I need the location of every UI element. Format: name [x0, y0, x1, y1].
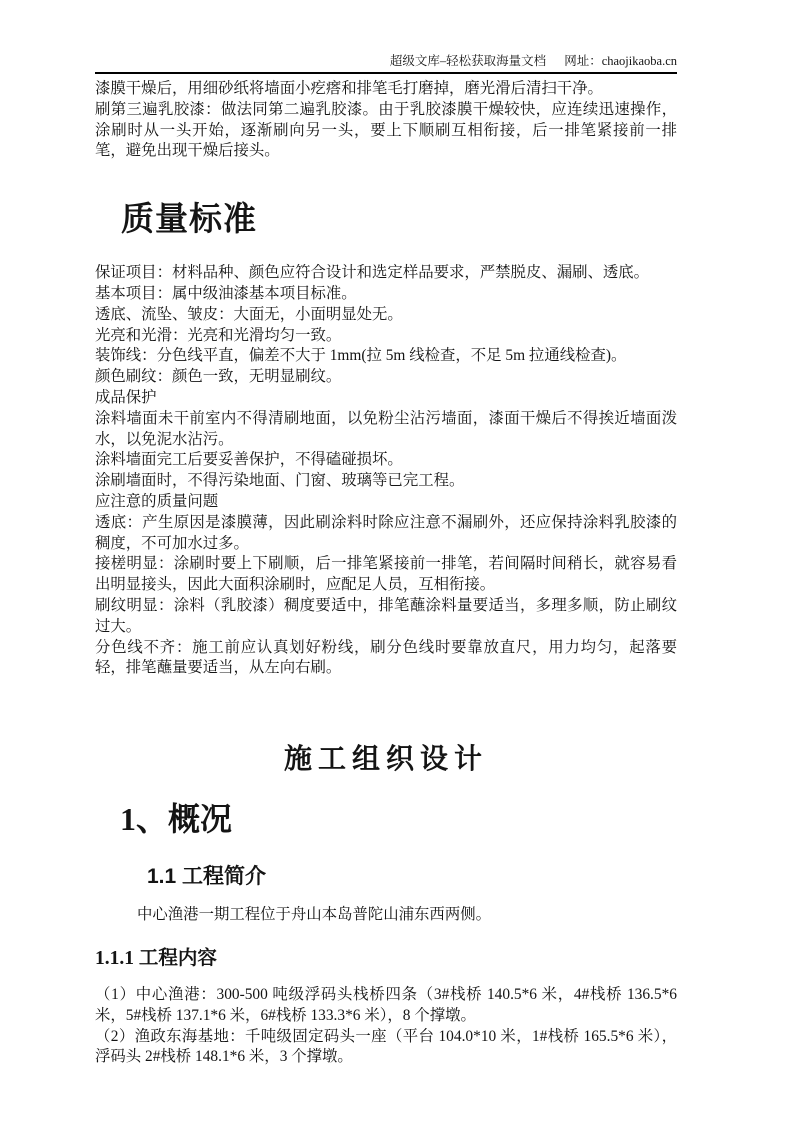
paragraph: 涂料墙面完工后要妥善保护，不得磕碰损坏。: [95, 450, 677, 471]
heading-section-1-1: 1.1 工程简介: [147, 865, 677, 889]
paragraph: 光亮和光滑：光亮和光滑均匀一致。: [95, 326, 677, 347]
list-item: （2）渔政东海基地：千吨级固定码头一座（平台 104.0*10 米，1#栈桥 1…: [95, 1027, 677, 1069]
paragraph: 刷纹明显：涂料（乳胶漆）稠度要适中，排笔蘸涂料量要适当，多理多顺，防止刷纹过大。: [95, 596, 677, 638]
paragraph: 颜色刷纹：颜色一致，无明显刷纹。: [95, 367, 677, 388]
page-header: 超级文库–轻松获取海量文档网址：chaojikaoba.cn: [95, 0, 677, 74]
intro-paragraphs: 漆膜干燥后，用细砂纸将墙面小疙瘩和排笔毛打磨掉，磨光滑后清扫干净。 刷第三遍乳胶…: [95, 79, 677, 162]
paragraph: 漆膜干燥后，用细砂纸将墙面小疙瘩和排笔毛打磨掉，磨光滑后清扫干净。: [95, 79, 677, 100]
paragraph: 涂刷墙面时，不得污染地面、门窗、玻璃等已完工程。: [95, 471, 677, 492]
heading-section-1-1-1: 1.1.1 工程内容: [95, 947, 677, 970]
quality-section: 保证项目：材料品种、颜色应符合设计和选定样品要求，严禁脱皮、漏刷、透底。 基本项…: [95, 263, 677, 679]
paragraph: 接槎明显：涂刷时要上下刷顺，后一排笔紧接前一排笔，若间隔时间稍长，就容易看出明显…: [95, 554, 677, 596]
header-url-text: 网址：chaojikaoba.cn: [564, 54, 677, 68]
project-content-items: （1）中心渔港：300-500 吨级浮码头栈桥四条（3#栈桥 140.5*6 米…: [95, 985, 677, 1068]
paragraph: 装饰线：分色线平直，偏差不大于 1mm(拉 5m 线检查，不足 5m 拉通线检查…: [95, 346, 677, 367]
paragraph: 成品保护: [95, 388, 677, 409]
heading-section-1-overview: 1、概况: [120, 801, 677, 837]
paragraph: 涂料墙面未干前室内不得清刷地面，以免粉尘沾污墙面，漆面干燥后不得挨近墙面泼水，以…: [95, 409, 677, 451]
paragraph: 刷第三遍乳胶漆：做法同第二遍乳胶漆。由于乳胶漆膜干燥较快，应连续迅速操作，涂刷时…: [95, 100, 677, 162]
header-site-text: 超级文库–轻松获取海量文档: [390, 54, 546, 68]
paragraph: 透底、流坠、皱皮：大面无，小面明显处无。: [95, 305, 677, 326]
document-page: 超级文库–轻松获取海量文档网址：chaojikaoba.cn 漆膜干燥后，用细砂…: [0, 0, 793, 1122]
list-item: （1）中心渔港：300-500 吨级浮码头栈桥四条（3#栈桥 140.5*6 米…: [95, 985, 677, 1027]
paragraph: 透底：产生原因是漆膜薄，因此刷涂料时除应注意不漏刷外，还应保持涂料乳胶漆的稠度，…: [95, 513, 677, 555]
heading-quality-standard: 质量标准: [121, 202, 677, 238]
page-content: 超级文库–轻松获取海量文档网址：chaojikaoba.cn 漆膜干燥后，用细砂…: [95, 0, 677, 1068]
paragraph: 保证项目：材料品种、颜色应符合设计和选定样品要求，严禁脱皮、漏刷、透底。: [95, 263, 677, 284]
heading-construction-org-design: 施工组织设计: [95, 743, 677, 777]
paragraph: 应注意的质量问题: [95, 492, 677, 513]
paragraph: 基本项目：属中级油漆基本项目标准。: [95, 284, 677, 305]
paragraph: 分色线不齐：施工前应认真划好粉线，刷分色线时要靠放直尺，用力均匀，起落要轻，排笔…: [95, 638, 677, 680]
project-intro-paragraph: 中心渔港一期工程位于舟山本岛普陀山浦东西两侧。: [95, 905, 677, 926]
